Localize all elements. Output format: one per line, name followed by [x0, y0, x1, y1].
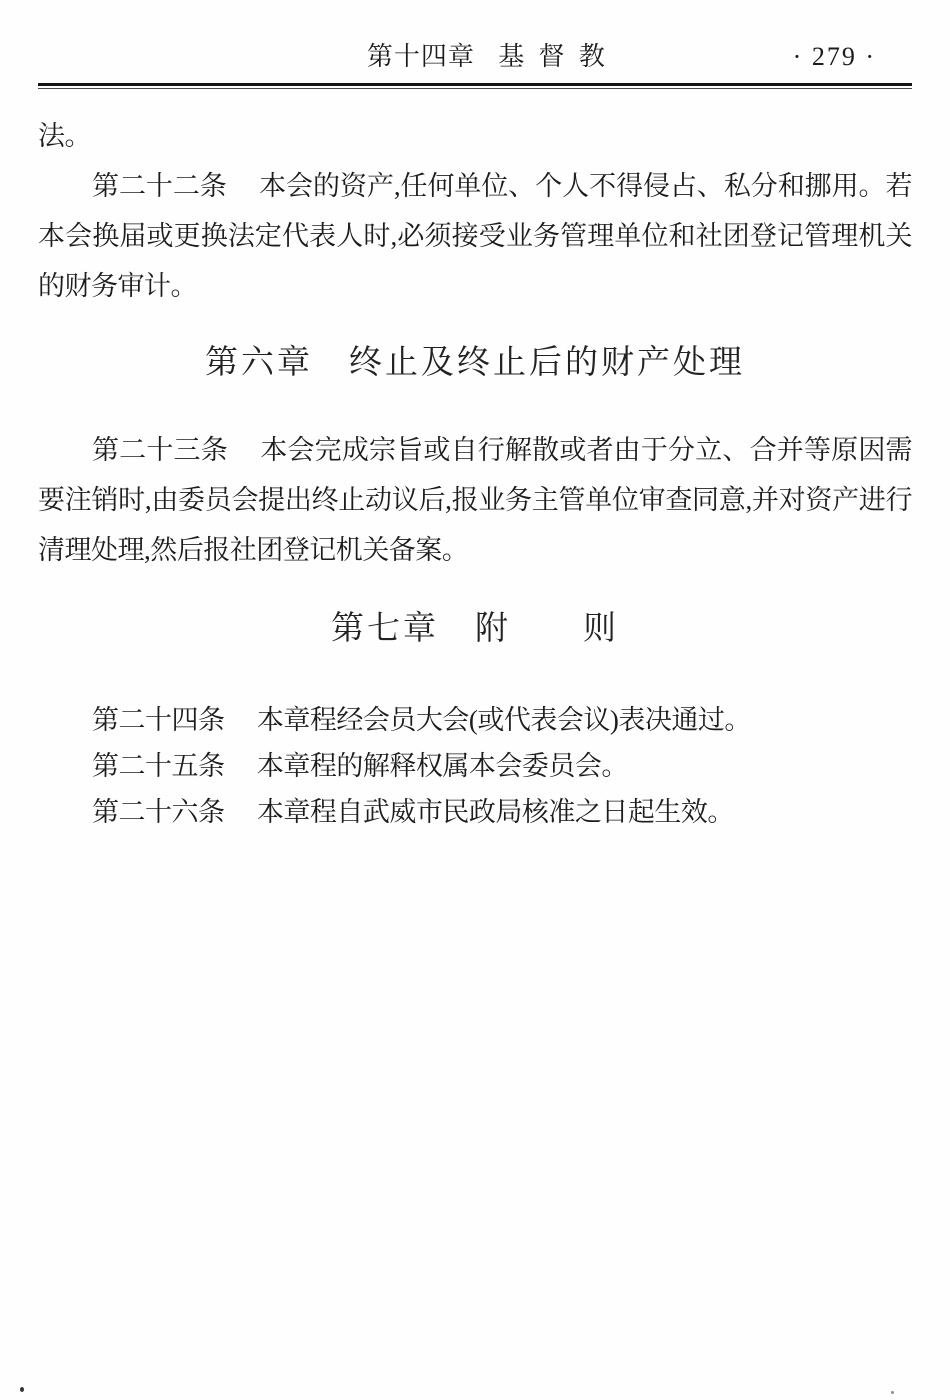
running-head-chapter: 第十四章	[367, 42, 475, 71]
scan-speck	[891, 1391, 894, 1394]
article-24-label: 第二十四条	[92, 705, 225, 735]
chapter-6-heading: 第六章 终止及终止后的财产处理	[38, 341, 912, 385]
paragraph-continuation: 法。	[38, 111, 912, 161]
article-25-label: 第二十五条	[92, 751, 225, 781]
running-head-section: 基督教	[498, 42, 619, 71]
paragraph-article-24: 第二十四条本章程经会员大会(或代表会议)表决通过。	[38, 697, 912, 743]
article-26-text: 本章程自武威市民政局核准之日起生效。	[257, 797, 734, 827]
article-25-text: 本章程的解释权属本会委员会。	[257, 751, 628, 781]
article-24-text: 本章程经会员大会(或代表会议)表决通过。	[257, 705, 751, 735]
article-23-label: 第二十三条	[92, 435, 228, 465]
paragraph-article-23: 第二十三条本会完成宗旨或自行解散或者由于分立、合并等原因需要注销时,由委员会提出…	[38, 425, 912, 575]
chapter-7-heading: 第七章 附 则	[38, 607, 912, 651]
paragraph-article-22: 第二十二条本会的资产,任何单位、个人不得侵占、私分和挪用。若本会换届或更换法定代…	[38, 161, 912, 311]
header-rule-thick-line	[38, 83, 912, 86]
running-head: 第十四章基督教 · 279 ·	[38, 40, 912, 74]
article-26-label: 第二十六条	[92, 797, 225, 827]
page-number: · 279 ·	[793, 40, 876, 74]
article-22-label: 第二十二条	[92, 171, 227, 201]
scan-speck	[20, 1387, 24, 1392]
header-rule-thin-line	[38, 88, 912, 89]
header-rule	[38, 83, 912, 89]
paragraph-article-26: 第二十六条本章程自武威市民政局核准之日起生效。	[38, 789, 912, 835]
paragraph-article-25: 第二十五条本章程的解释权属本会委员会。	[38, 743, 912, 789]
book-page: 第十四章基督教 · 279 · 法。 第二十二条本会的资产,任何单位、个人不得侵…	[0, 0, 950, 1400]
page-body: 法。 第二十二条本会的资产,任何单位、个人不得侵占、私分和挪用。若本会换届或更换…	[38, 111, 912, 835]
